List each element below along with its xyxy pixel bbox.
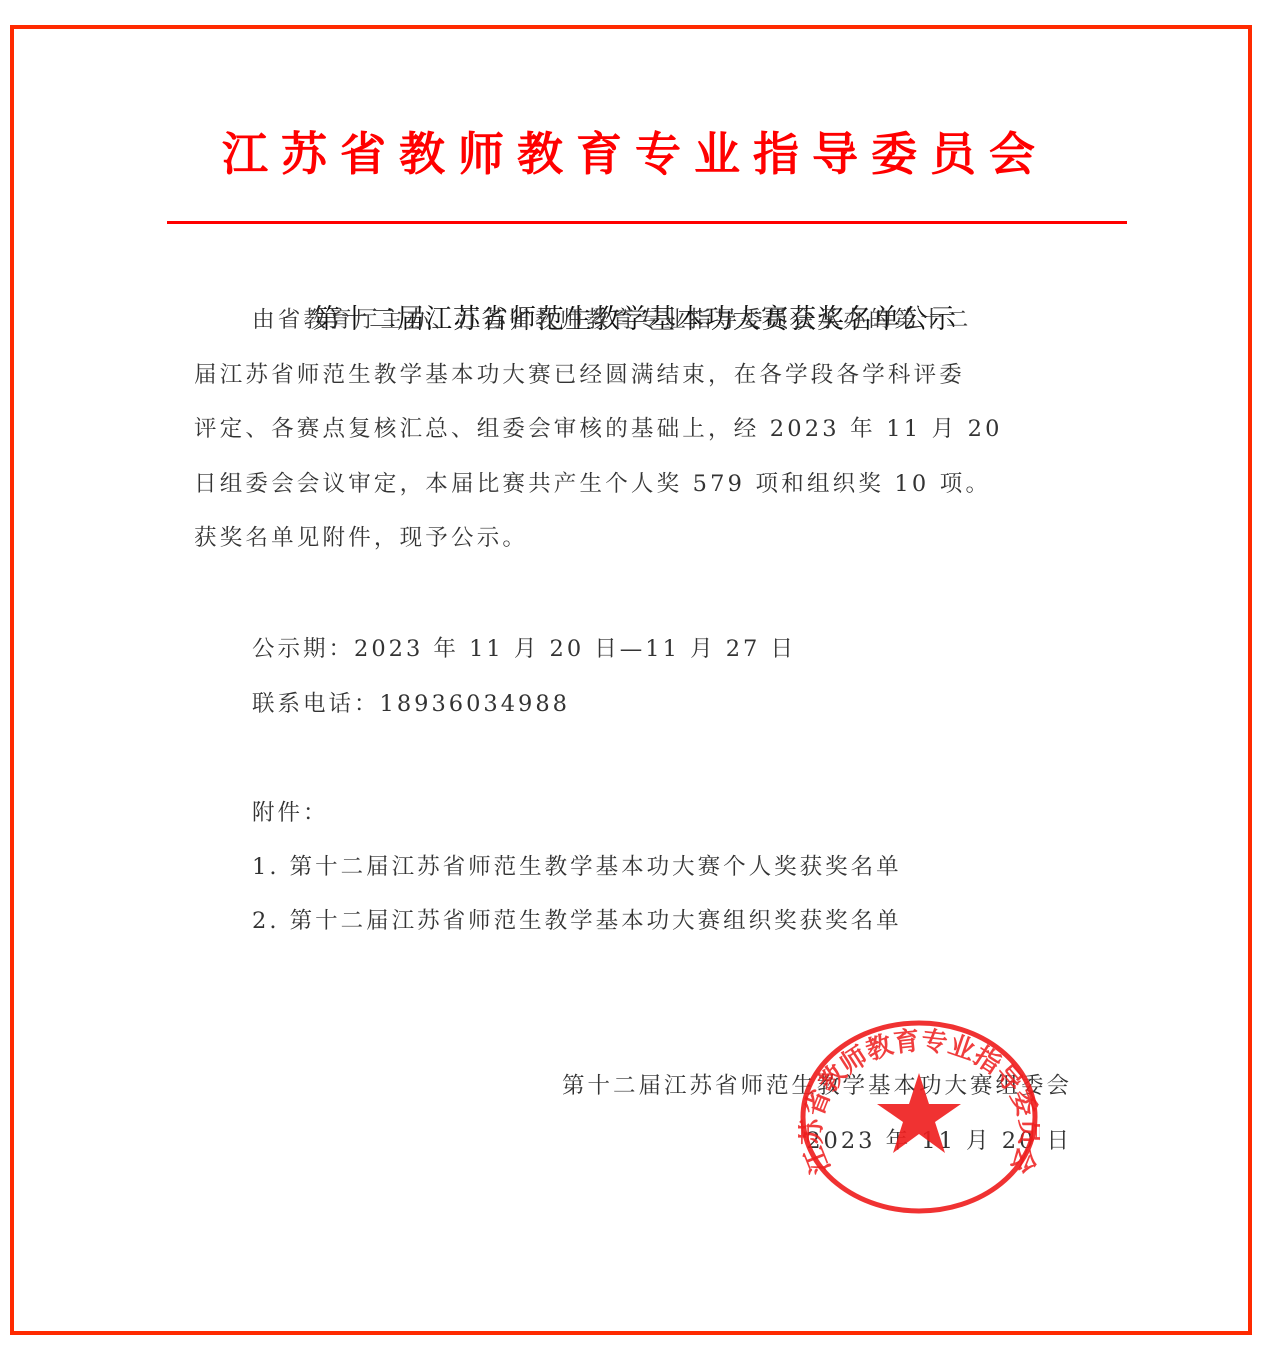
body-paragraph: 由省教育厅主办、江苏省教师教育专业指导委员会承办的第十二 届江苏省师范生教学基本… [194,293,1079,566]
body-line: 获奖名单见附件，现予公示。 [194,511,1079,566]
star-icon [877,1073,961,1153]
attachment-item[interactable]: 1. 第十二届江苏省师范生教学基本功大赛个人奖获奖名单 [252,852,902,882]
body-line: 由省教育厅主办、江苏省教师教育专业指导委员会承办的第十二 [194,293,1079,348]
masthead-divider [167,221,1127,224]
body-line: 日组委会会议审定，本届比赛共产生个人奖 579 项和组织奖 10 项。 [194,457,1079,512]
body-line: 届江苏省师范生教学基本功大赛已经圆满结束，在各学段各学科评委 [194,348,1079,403]
attachment-item[interactable]: 2. 第十二届江苏省师范生教学基本功大赛组织奖获奖名单 [252,906,902,936]
official-seal-icon: 江苏省教师教育专业指导委员会 [798,1018,1040,1216]
body-line: 评定、各赛点复核汇总、组委会审核的基础上，经 2023 年 11 月 20 [194,402,1079,457]
masthead-title: 江苏省教师教育专业指导委员会 [150,122,1120,186]
attachments-label: 附件： [252,798,329,828]
contact-phone: 联系电话：18936034988 [252,689,570,719]
notice-period: 公示期：2023 年 11 月 20 日—11 月 27 日 [252,634,796,664]
